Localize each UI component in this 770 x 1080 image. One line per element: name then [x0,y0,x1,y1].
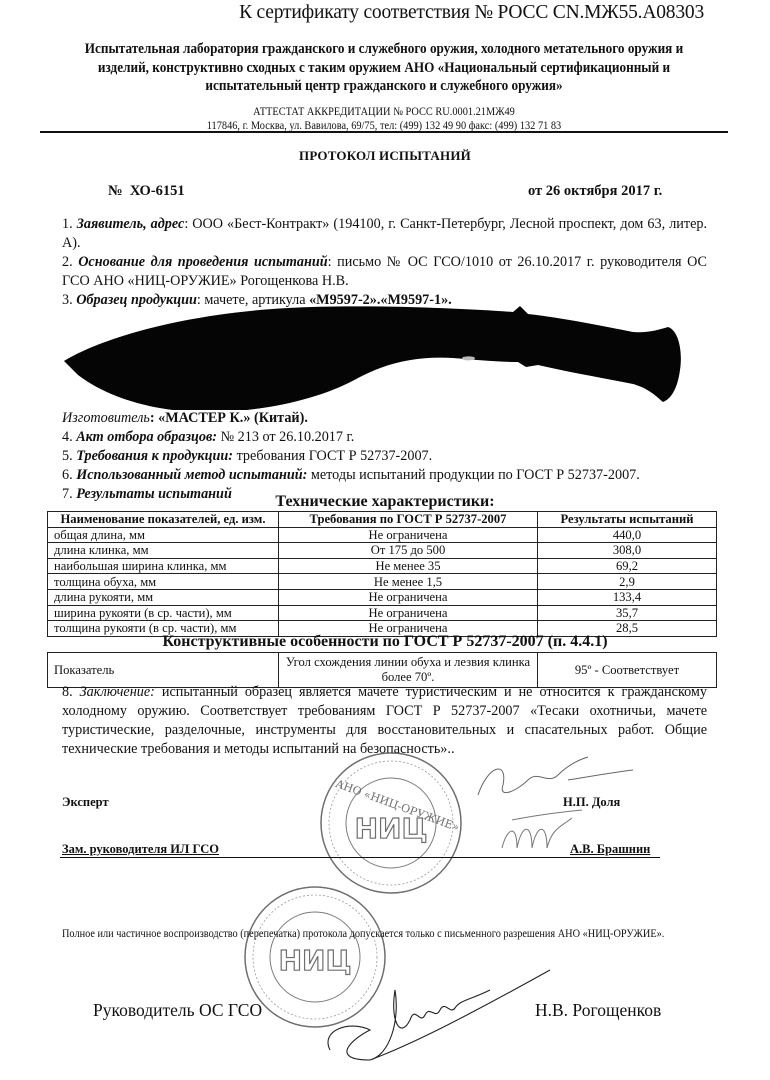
deputy-role: Зам. руководителя ИЛ ГСО [62,842,219,857]
item-label: Основание для проведения испытаний [78,254,327,270]
header-cell: Требования по ГОСТ Р 52737-2007 [279,512,538,528]
indicator-cell: толщина обуха, мм [48,574,279,590]
expert-role: Эксперт [62,795,109,810]
protocol-date: от 26 октября 2017 г. [528,183,662,200]
result-cell: 440,0 [538,527,717,543]
stamp-seal-icon: АНО «НИЦ-ОРУЖИЕ» НИЦ [316,748,466,898]
table-row: наибольшая ширина клинка, ммНе менее 356… [48,558,717,574]
table-row: общая длина, ммНе ограничена440,0 [48,527,717,543]
header-cell: Результаты испытаний [538,512,717,528]
requirement-cell: Не ограничена [279,605,538,621]
indicator-cell: общая длина, мм [48,527,279,543]
protocol-title: ПРОТОКОЛ ИСПЫТАНИЙ [0,148,770,164]
result-cell: 69,2 [538,558,717,574]
requirement-cell: Не ограничена [279,527,538,543]
tech-table: Наименование показателей, ед. изм. Требо… [47,511,717,637]
accreditation-block: АТТЕСТАТ АККРЕДИТАЦИИ № РОСС RU.0001.21М… [92,106,675,133]
requirement-cell: От 175 до 500 [279,543,538,559]
indicator-cell: ширина рукояти (в ср. части), мм [48,605,279,621]
item-sampling-act: 4. Акт отбора образцов: № 213 от 26.10.2… [62,428,707,447]
item-applicant: 1. Заявитель, адрес: ООО «Бест-Контракт»… [62,215,707,253]
result-cell: 2,9 [538,574,717,590]
indicator-cell: длина рукояти, мм [48,589,279,605]
protocol-items-top: 1. Заявитель, адрес: ООО «Бест-Контракт»… [62,215,707,310]
table-row: длина рукояти, ммНе ограничена133,4 [48,589,717,605]
conclusion-label: Заключение: [80,684,155,700]
protocol-items-bottom: Изготовитель: «МАСТЕР К.» (Китай). 4. Ак… [62,409,707,504]
table-row: толщина обуха, ммНе менее 1,52,9 [48,574,717,590]
indicator-cell: наибольшая ширина клинка, мм [48,558,279,574]
head-role: Руководитель ОС ГСО [93,1000,262,1021]
requirement-cell: Не ограничена [279,589,538,605]
tech-table-title: Технические характеристики: [0,493,770,511]
machete-image [58,300,708,410]
item-basis: 2. Основание для проведения испытаний: п… [62,253,707,291]
expert-signature-icon [468,755,638,805]
tech-table-header: Наименование показателей, ед. изм. Требо… [48,512,717,528]
lab-name: Испытательная лаборатория гражданского и… [83,40,686,96]
deputy-signature-icon [492,808,592,856]
svg-text:НИЦ: НИЦ [355,812,428,845]
table-row: длина клинка, ммОт 175 до 500308,0 [48,543,717,559]
result-cell: 35,7 [538,605,717,621]
result-cell: 133,4 [538,589,717,605]
protocol-number: № ХО-6151 [108,183,185,200]
requirement-cell: Не менее 35 [279,558,538,574]
item-manufacturer: Изготовитель: «МАСТЕР К.» (Китай). [62,409,707,428]
table-row: ширина рукояти (в ср. части), ммНе огран… [48,605,717,621]
item-label: Использованный метод испытаний: [76,467,307,483]
head-signature-icon [310,960,560,1070]
certificate-reference: К сертификату соответствия № РОСС CN.МЖ5… [239,2,704,24]
item-label: Заявитель, адрес [77,216,185,232]
result-cell: 308,0 [538,543,717,559]
item-label: Акт отбора образцов: [76,429,217,445]
indicator-cell: длина клинка, мм [48,543,279,559]
reproduction-notice: Полное или частичное воспроизводство (пе… [62,928,664,940]
requirement-cell: Не менее 1,5 [279,574,538,590]
item-requirements: 5. Требования к продукции: требования ГО… [62,447,707,466]
item-label: Требования к продукции: [76,448,233,464]
signature-underline [60,857,660,858]
accreditation-number: АТТЕСТАТ АККРЕДИТАЦИИ № РОСС RU.0001.21М… [92,106,675,120]
header-divider [40,131,728,133]
item-method: 6. Использованный метод испытаний: метод… [62,466,707,485]
item-label: Изготовитель [62,410,150,426]
constructive-title: Конструктивные особенности по ГОСТ Р 527… [0,633,770,651]
header-cell: Наименование показателей, ед. изм. [48,512,279,528]
